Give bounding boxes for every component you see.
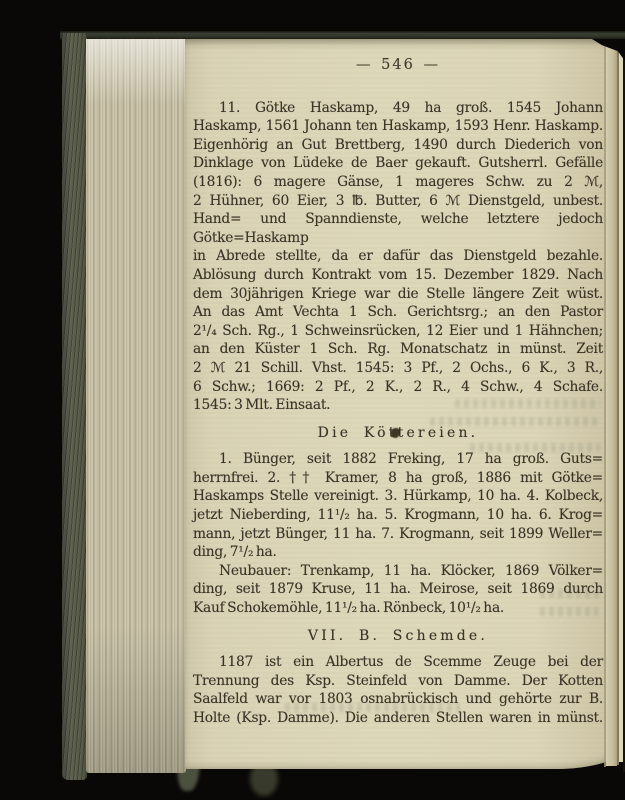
paragraph: 11. Götke Haskamp, 49 ha groß. 1545 Joha… <box>193 99 603 415</box>
text-line: 6 Schw.; 1669: 2 Pf., 2 K., 2 R., 4 Schw… <box>193 378 603 397</box>
text-line: Hand= und Spanndienste, welche letztere … <box>193 210 603 247</box>
text-line: Trennung des Ksp. Steinfeld von Damme. D… <box>193 672 603 691</box>
text-line: Haskamp, 1561 Johann ten Haskamp, 1593 H… <box>193 117 603 136</box>
text-line: 1. Bünger, seit 1882 Freking, 17 ha groß… <box>193 450 603 469</box>
text-line: Kauf Schokemöhle, 11¹/₂ ha. Rönbeck, 10¹… <box>193 599 603 618</box>
text-line: ding, 7¹/₂ ha. <box>193 543 603 562</box>
page-fore-edge-stack <box>86 39 186 773</box>
text-line: Haskamps Stelle vereinigt. 3. Hürkamp, 1… <box>193 487 603 506</box>
paragraph: Neubauer: Trenkamp, 11 ha. Klöcker, 1869… <box>193 562 603 618</box>
text-line: an den Küster 1 Sch. Rg. Monatschatz in … <box>193 340 603 359</box>
text-line: 11. Götke Haskamp, 49 ha groß. 1545 Joha… <box>193 99 603 118</box>
text-line: herrnfrei. 2. †† Kramer, 8 ha groß, 1886… <box>193 469 603 488</box>
page-gutter-shading <box>606 42 617 766</box>
text-line: Eigenhörig an Gut Brettberg, 1490 durch … <box>193 136 603 155</box>
text-line: Holte (Ksp. Damme). Die anderen Stellen … <box>193 709 603 728</box>
text-line: in Abrede stellte, da er dafür das Diens… <box>193 247 603 266</box>
page-text: — 546 — 11. Götke Haskamp, 49 ha groß. 1… <box>193 40 603 728</box>
book-cover-left-edge <box>62 33 87 780</box>
text-line: Ablösung durch Kontrakt vom 15. Dezember… <box>193 266 603 285</box>
text-line: dem 30jährigen Kriege war die Stelle län… <box>193 285 603 304</box>
text-line: 1545: 3 Mlt. Einsaat. <box>193 396 603 415</box>
text-line: Dinklage von Lüdeke de Baer gekauft. Gut… <box>193 154 603 173</box>
text-line: 2 ℳ 21 Schill. Vhst. 1545: 3 Pf., 2 Ochs… <box>193 359 603 378</box>
book-scan-scene: — 546 — 11. Götke Haskamp, 49 ha groß. 1… <box>0 0 625 800</box>
paragraph: 1. Bünger, seit 1882 Freking, 17 ha groß… <box>193 450 603 562</box>
text-line: 2 Hühner, 60 Eier, 3 ℔. Butter, 6 ℳ Dien… <box>193 192 603 211</box>
text-line: Neubauer: Trenkamp, 11 ha. Klöcker, 1869… <box>193 562 603 581</box>
text-line: jetzt Nieberding, 11¹/₂ ha. 5. Krogmann,… <box>193 506 603 525</box>
text-line: ding, seit 1879 Kruse, 11 ha. Meirose, s… <box>193 580 603 599</box>
text-line: 2¹/₄ Sch. Rg., 1 Schweinsrücken, 12 Eier… <box>193 322 603 341</box>
text-line: An das Amt Vechta 1 Sch. Gerichtsrg.; an… <box>193 303 603 322</box>
text-line: mann, jetzt Bünger, 11 ha. 7. Krogmann, … <box>193 525 603 544</box>
text-line: Saalfeld war vor 1803 osnabrückisch und … <box>193 690 603 709</box>
page-body: 11. Götke Haskamp, 49 ha groß. 1545 Joha… <box>193 99 603 728</box>
paragraph: 1187 ist ein Albertus de Scemme Zeuge be… <box>193 653 603 727</box>
text-line: (1816): 6 magere Gänse, 1 mageres Schw. … <box>193 173 603 192</box>
section-heading: VII. B. Schemde. <box>193 627 603 646</box>
text-line: 1187 ist ein Albertus de Scemme Zeuge be… <box>193 653 603 672</box>
page-number: — 546 — <box>193 56 603 75</box>
